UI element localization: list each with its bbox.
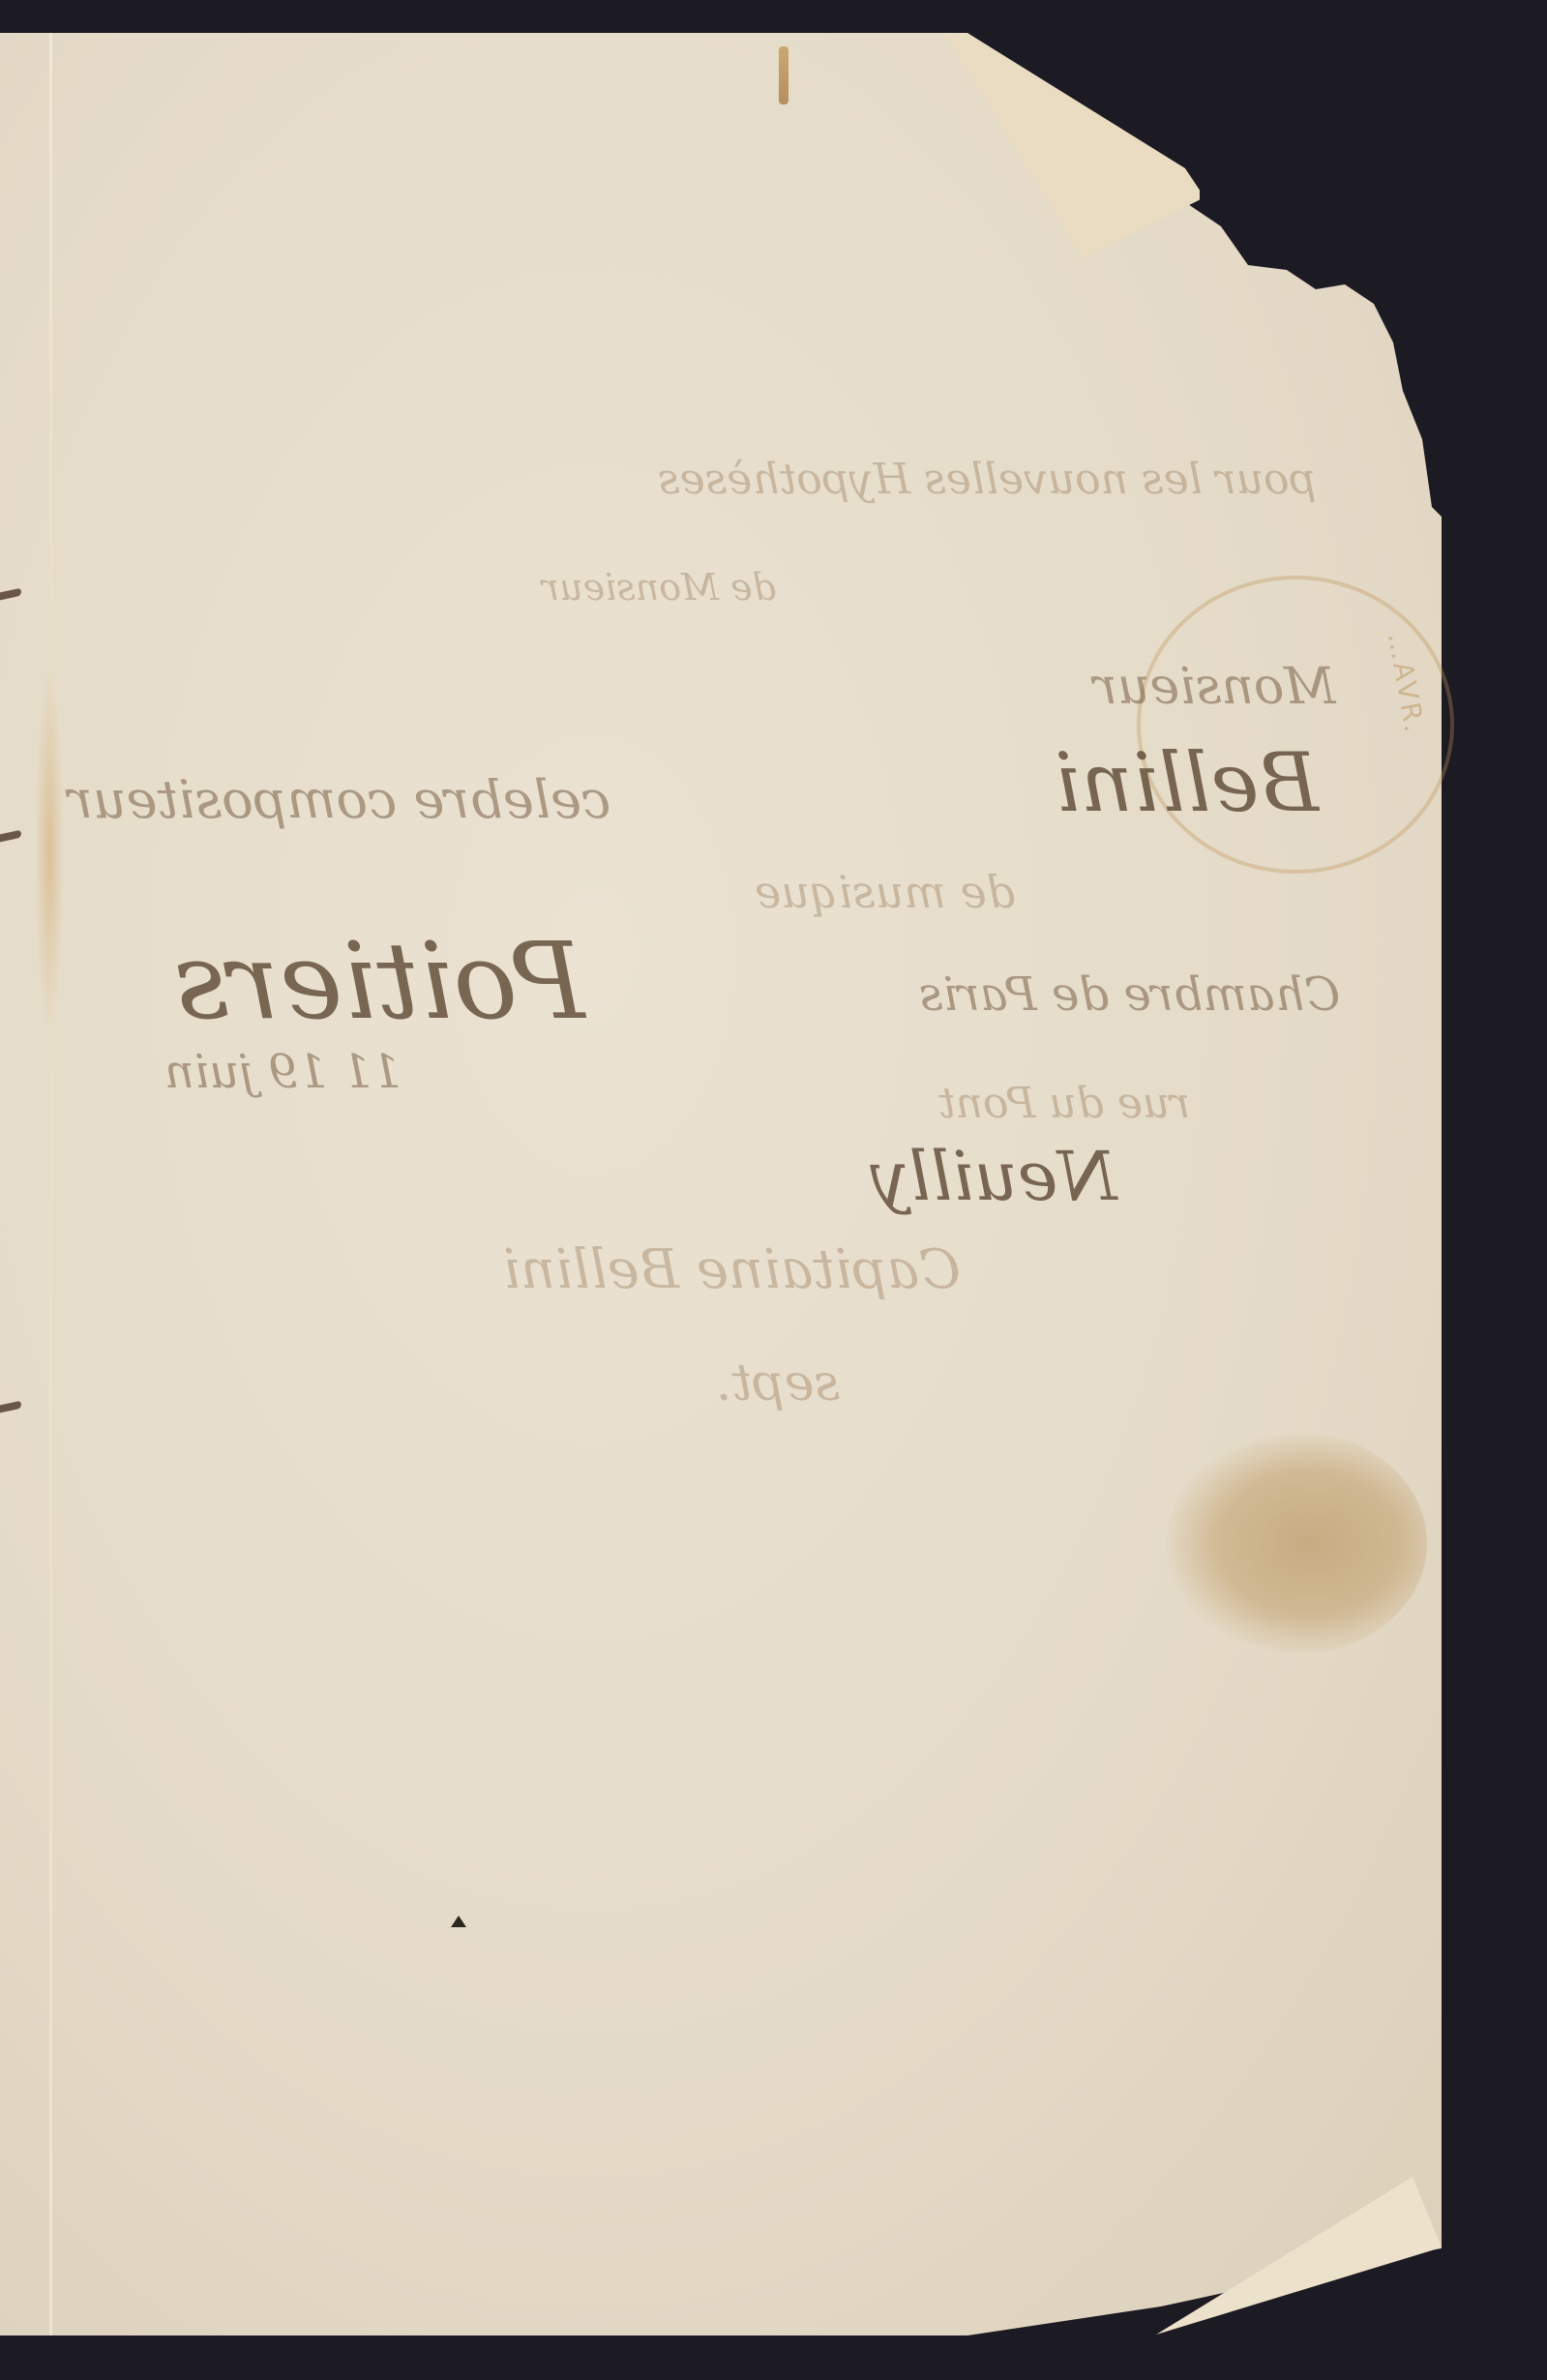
mirrored-city-poitiers: Poitiers — [174, 919, 584, 1043]
mirrored-line: celebre compositeur — [68, 769, 610, 830]
fold-line — [49, 33, 52, 2335]
mirrored-name-bellini: Bellini — [1055, 735, 1319, 830]
mirrored-line: rue du Pont — [938, 1079, 1190, 1128]
debris-mark — [451, 1916, 466, 1927]
mirrored-line: de Monsieur — [542, 566, 776, 609]
mirrored-line: pour les nouvelles Hypothèses — [658, 455, 1317, 504]
mirrored-line: Chambre de Paris — [919, 967, 1340, 1022]
mirrored-line: 11 19 juin — [164, 1045, 402, 1099]
seal-stain — [1166, 1432, 1427, 1654]
rust-mark — [779, 46, 788, 104]
mirrored-line: de musique — [755, 866, 1015, 918]
mirrored-line: Capitaine Bellini — [503, 1238, 961, 1301]
letter-paper — [0, 33, 1480, 2335]
mirrored-line: Monsieur — [1093, 658, 1335, 716]
fold-stain — [35, 668, 64, 1035]
mirrored-place-neuilly: Neuilly — [871, 1137, 1116, 1216]
mirrored-line: sept. — [716, 1354, 840, 1413]
